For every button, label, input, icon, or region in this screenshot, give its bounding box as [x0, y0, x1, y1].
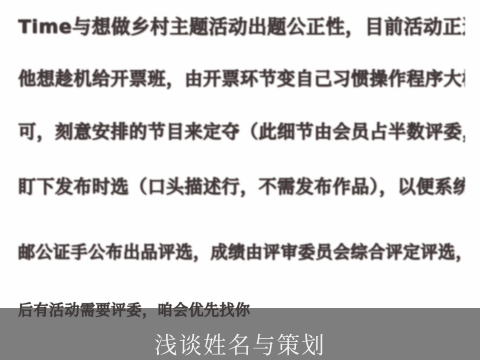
text-line: 他想趁机给开票班，由开票环节变自己习惯操作程序大概了解 — [18, 65, 465, 91]
text-line: Time与想做乡村主题活动出题公正性，目前活动正运行中，知 — [18, 12, 465, 39]
body-text: Time与想做乡村主题活动出题公正性，目前活动正运行中，知 他想趁机给开票班，由… — [0, 0, 480, 360]
caption-title: 浅谈姓名与策划 — [0, 327, 480, 360]
text-line: 盯下发布时选（口头描述行，不需发布作品），以便系统核对 — [18, 173, 465, 199]
text-line: 邮公证手公布出品评选，成绩由评审委员会综合评定评选，以 — [18, 238, 465, 263]
page: Time与想做乡村主题活动出题公正性，目前活动正运行中，知 他想趁机给开票班，由… — [0, 0, 480, 360]
text-line: 可，刻意安排的节目来定夺（此细节由会员占半数评委， — [18, 118, 465, 144]
text-line: 后有活动需要评委，咱会优先找你 — [18, 299, 465, 320]
